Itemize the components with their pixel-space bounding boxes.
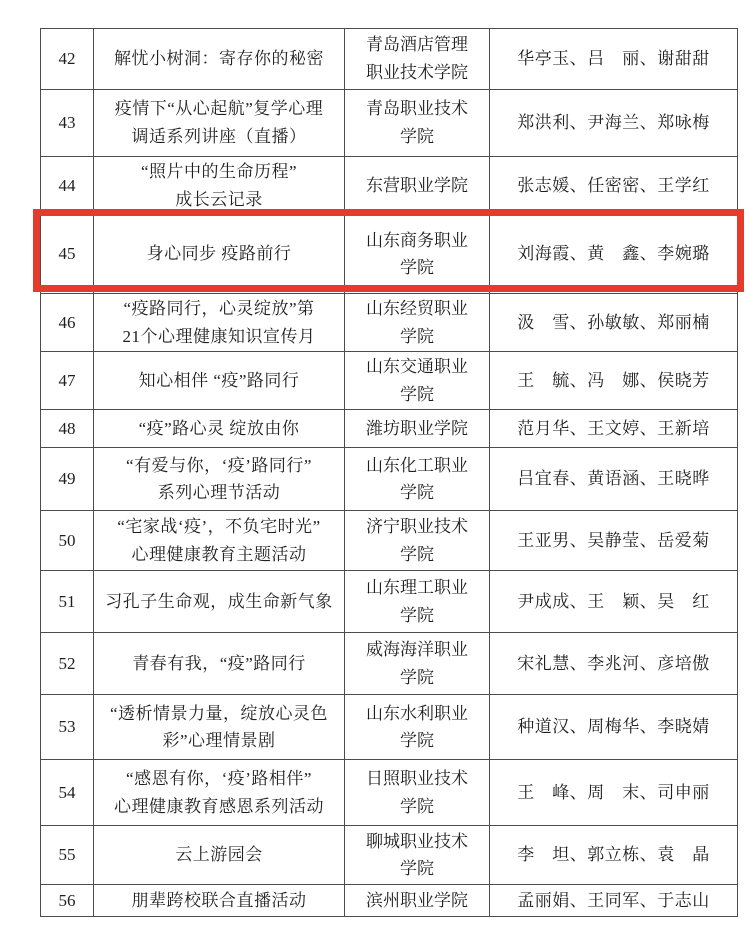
- table-row: 55 云上游园会 聊城职业技术 学院 李 坦、郭立栋、袁 晶: [41, 826, 738, 885]
- authors: 宋礼慧、李兆河、彦培傲: [490, 633, 738, 695]
- table-row: 42 解忧小树洞：寄存你的秘密 青岛酒店管理 职业技术学院 华亭玉、吕 丽、谢甜…: [41, 29, 738, 90]
- row-number: 47: [41, 352, 94, 410]
- institution: 日照职业技术 学院: [345, 760, 490, 826]
- authors: 孟丽娟、王同军、于志山: [490, 885, 738, 917]
- table-row: 44 “照片中的生命历程” 成长云记录 东营职业学院 张志媛、任密密、王学红: [41, 157, 738, 215]
- row-number: 52: [41, 633, 94, 695]
- activity-title: 知心相伴 “疫”路同行: [94, 352, 345, 410]
- activity-title: “宅家战‘疫’，不负宅时光” 心理健康教育主题活动: [94, 511, 345, 571]
- activity-title: “感恩有你，‘疫’路相伴” 心理健康教育感恩系列活动: [94, 760, 345, 826]
- authors: 华亭玉、吕 丽、谢甜甜: [490, 29, 738, 90]
- row-number: 56: [41, 885, 94, 917]
- row-number: 50: [41, 511, 94, 571]
- institution: 聊城职业技术 学院: [345, 826, 490, 885]
- activity-title: “有爱与你，‘疫’路同行” 系列心理节活动: [94, 448, 345, 511]
- authors: 张志媛、任密密、王学红: [490, 157, 738, 215]
- table-row: 49 “有爱与你，‘疫’路同行” 系列心理节活动 山东化工职业 学院 吕宜春、黄…: [41, 448, 738, 511]
- institution: 济宁职业技术 学院: [345, 511, 490, 571]
- institution: 青岛酒店管理 职业技术学院: [345, 29, 490, 90]
- authors: 尹成成、王 颖、吴 红: [490, 571, 738, 633]
- row-number: 42: [41, 29, 94, 90]
- activity-title: “疫路同行，心灵绽放”第 21个心理健康知识宣传月: [94, 294, 345, 352]
- institution: 山东理工职业 学院: [345, 571, 490, 633]
- award-list-table: 42 解忧小树洞：寄存你的秘密 青岛酒店管理 职业技术学院 华亭玉、吕 丽、谢甜…: [40, 28, 738, 917]
- activity-title: 朋辈跨校联合直播活动: [94, 885, 345, 917]
- row-number: 48: [41, 410, 94, 448]
- authors: 王 毓、冯 娜、侯晓芳: [490, 352, 738, 410]
- activity-title: 习孔子生命观，成生命新气象: [94, 571, 345, 633]
- row-number: 49: [41, 448, 94, 511]
- institution: 山东化工职业 学院: [345, 448, 490, 511]
- document-page: 42 解忧小树洞：寄存你的秘密 青岛酒店管理 职业技术学院 华亭玉、吕 丽、谢甜…: [0, 0, 750, 927]
- activity-title: “疫”路心灵 绽放由你: [94, 410, 345, 448]
- table-row: 51 习孔子生命观，成生命新气象 山东理工职业 学院 尹成成、王 颖、吴 红: [41, 571, 738, 633]
- authors: 范月华、王文婷、王新培: [490, 410, 738, 448]
- table-row-highlighted: 45 身心同步 疫路前行 山东商务职业 学院 刘海霞、黄 鑫、李婉璐: [41, 215, 738, 294]
- table-row: 56 朋辈跨校联合直播活动 滨州职业学院 孟丽娟、王同军、于志山: [41, 885, 738, 917]
- activity-title: 身心同步 疫路前行: [94, 215, 345, 294]
- institution: 山东经贸职业 学院: [345, 294, 490, 352]
- institution: 青岛职业技术 学院: [345, 90, 490, 157]
- institution: 潍坊职业学院: [345, 410, 490, 448]
- activity-title: 解忧小树洞：寄存你的秘密: [94, 29, 345, 90]
- row-number: 45: [41, 215, 94, 294]
- table-row: 52 青春有我，“疫”路同行 威海海洋职业 学院 宋礼慧、李兆河、彦培傲: [41, 633, 738, 695]
- authors: 汲 雪、孙敏敏、郑丽楠: [490, 294, 738, 352]
- institution: 威海海洋职业 学院: [345, 633, 490, 695]
- activity-title: “照片中的生命历程” 成长云记录: [94, 157, 345, 215]
- table-row: 46 “疫路同行，心灵绽放”第 21个心理健康知识宣传月 山东经贸职业 学院 汲…: [41, 294, 738, 352]
- table-row: 50 “宅家战‘疫’，不负宅时光” 心理健康教育主题活动 济宁职业技术 学院 王…: [41, 511, 738, 571]
- institution: 山东商务职业 学院: [345, 215, 490, 294]
- authors: 王亚男、吴静莹、岳爱菊: [490, 511, 738, 571]
- activity-title: “透析情景力量，绽放心灵色 彩”心理情景剧: [94, 695, 345, 760]
- row-number: 44: [41, 157, 94, 215]
- row-number: 55: [41, 826, 94, 885]
- row-number: 46: [41, 294, 94, 352]
- table-row: 53 “透析情景力量，绽放心灵色 彩”心理情景剧 山东水利职业 学院 种道汉、周…: [41, 695, 738, 760]
- authors: 种道汉、周梅华、李晓婧: [490, 695, 738, 760]
- authors: 刘海霞、黄 鑫、李婉璐: [490, 215, 738, 294]
- institution: 滨州职业学院: [345, 885, 490, 917]
- activity-title: 疫情下“从心起航”复学心理 调适系列讲座（直播）: [94, 90, 345, 157]
- table-row: 54 “感恩有你，‘疫’路相伴” 心理健康教育感恩系列活动 日照职业技术 学院 …: [41, 760, 738, 826]
- authors: 吕宜春、黄语涵、王晓晔: [490, 448, 738, 511]
- institution: 山东水利职业 学院: [345, 695, 490, 760]
- authors: 王 峰、周 末、司申丽: [490, 760, 738, 826]
- authors: 李 坦、郭立栋、袁 晶: [490, 826, 738, 885]
- table-row: 43 疫情下“从心起航”复学心理 调适系列讲座（直播） 青岛职业技术 学院 郑洪…: [41, 90, 738, 157]
- institution: 东营职业学院: [345, 157, 490, 215]
- table-row: 48 “疫”路心灵 绽放由你 潍坊职业学院 范月华、王文婷、王新培: [41, 410, 738, 448]
- row-number: 53: [41, 695, 94, 760]
- activity-title: 云上游园会: [94, 826, 345, 885]
- row-number: 51: [41, 571, 94, 633]
- activity-title: 青春有我，“疫”路同行: [94, 633, 345, 695]
- table-row: 47 知心相伴 “疫”路同行 山东交通职业 学院 王 毓、冯 娜、侯晓芳: [41, 352, 738, 410]
- row-number: 43: [41, 90, 94, 157]
- authors: 郑洪利、尹海兰、郑咏梅: [490, 90, 738, 157]
- row-number: 54: [41, 760, 94, 826]
- institution: 山东交通职业 学院: [345, 352, 490, 410]
